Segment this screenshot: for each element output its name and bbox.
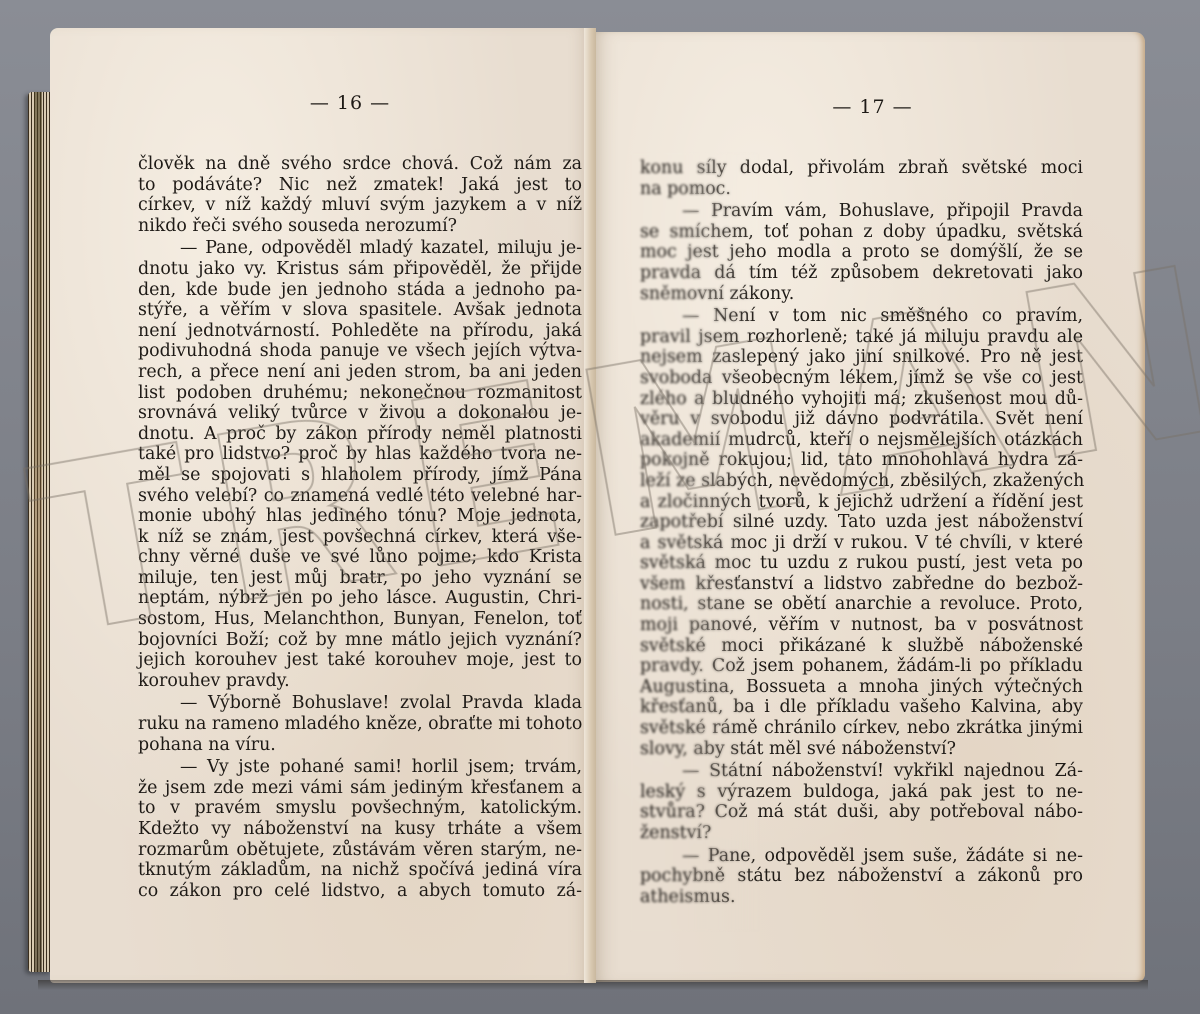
text-line: chny věrné duše ve své lůno pojme; kdo K… (138, 547, 582, 568)
text-line: — Výborně Bohuslave! zvolal Pravda klada (138, 693, 582, 714)
text-line: ruku na rameno mladého kněze, obraťte mi… (138, 714, 582, 735)
text-line: církev, v níž každý mluví svým jazykem a… (138, 195, 582, 216)
text-line: Kdežto vy náboženství na kusy trháte a v… (138, 819, 582, 840)
text-line: to podáváte? Nic než zmatek! Jaká jest t… (138, 175, 582, 196)
text-line: světská moc tu uzdu z rukou pustí, jest … (640, 553, 1083, 574)
text-line: bojovníci Boží; což by mne mátlo jejich … (138, 630, 582, 651)
text-line: slovy, aby stát měl své náboženství? (640, 739, 1083, 760)
text-line: — Pane, odpověděl mladý kazatel, miluju … (138, 238, 582, 259)
text-line: světské rámě chránilo církev, nebo zkrát… (640, 718, 1083, 739)
text-line: podivuhodná shoda panuje ve všech jejích… (138, 341, 582, 362)
text-line: a zločinných tvorů, k jejichž udržení a … (640, 492, 1083, 513)
left-page-text: člověk na dně svého srdce chová. Což nám… (138, 154, 582, 901)
text-line: se smíchem, toť pohan z doby úpadku, svě… (640, 222, 1083, 243)
text-line: jejich korouhev jest také korouhev moje,… (138, 650, 582, 671)
text-line: ženství? (640, 823, 1083, 844)
text-line: stýře, a věřím v slova spasitele. Avšak … (138, 300, 582, 321)
text-line: dnotu jako vy. Kristus sám připověděl, ž… (138, 259, 582, 280)
text-line: pokojně rokujou; lid, tato mnohohlavá hy… (640, 450, 1083, 471)
text-line: list podoben druhému; nekonečnou rozmani… (138, 383, 582, 404)
text-line: svého velebí? co znamená vedlé této vele… (138, 486, 582, 507)
text-line: na pomoc. (640, 179, 1083, 200)
text-line: moc jest jeho modla a proto se domýšlí, … (640, 242, 1083, 263)
text-line: akademií mudrců, kteří o nejsmělejších o… (640, 430, 1083, 451)
text-line: pravda dá tím též způsobem dekretovati j… (640, 263, 1083, 284)
text-line: atheismus. (640, 887, 1083, 908)
text-line: zapotřebí silné uzdy. Tato uzda jest náb… (640, 512, 1083, 533)
left-page: — 16 — člověk na dně svého srdce chová. … (50, 28, 590, 983)
text-line: Augustina, Bossueta a mnoha jiných výteč… (640, 677, 1083, 698)
text-line: rech, a přece není ani jeden strom, ba a… (138, 362, 582, 383)
text-line: není jednotvárností. Pohleděte na přírod… (138, 321, 582, 342)
text-line: k níž se znám, jest povšechná církev, kt… (138, 527, 582, 548)
text-line: — Státní náboženství! vykřikl najednou Z… (640, 761, 1083, 782)
text-line: leský s výrazem buldoga, jaká pak jest t… (640, 782, 1083, 803)
text-line: co zákon pro celé lidstvo, a abych tomut… (138, 881, 582, 902)
text-line: moji panové, věřím v nutnost, ba v posvá… (640, 615, 1083, 636)
text-line: že jsem zde mezi vámi sám jediným křesťa… (138, 778, 582, 799)
text-line: pohana na víru. (138, 735, 582, 756)
text-line: korouhev pravdy. (138, 671, 582, 692)
text-line: věru v svobodu již dávno podvrátila. Svě… (640, 409, 1083, 430)
text-line: pravil jsem rozhorleně; také já miluju p… (640, 327, 1083, 348)
text-line: zlého a bludného vyhojiti má; zkušenost … (640, 389, 1083, 410)
text-line: srovnává veliký tvůrce v živou a dokonal… (138, 403, 582, 424)
text-line: nejsem zaslepený jako jiní snilkové. Pro… (640, 347, 1083, 368)
text-line: monie ubohý hlas jediného tónu? Moje jed… (138, 506, 582, 527)
text-line: konu síly dodal, přivolám zbraň světské … (640, 158, 1083, 179)
text-line: také pro lidstvo? proč by hlas každého t… (138, 444, 582, 465)
text-line: sněmovní zákony. (640, 284, 1083, 305)
text-line: světské moci přikázané k službě nábožens… (640, 636, 1083, 657)
page-edges (28, 92, 52, 972)
text-line: křesťanů, ba i dle příkladu vašeho Kalvi… (640, 697, 1083, 718)
text-line: dnotu. A proč by zákon přírody neměl pla… (138, 424, 582, 445)
text-line: miluje, ten jest můj bratr, po jeho vyzn… (138, 568, 582, 589)
right-page-text: konu síly dodal, přivolám zbraň světské … (640, 158, 1083, 907)
page-number-left: — 16 — (50, 92, 590, 114)
text-line: leží ze slabých, nevědomých, zběsilých, … (640, 471, 1083, 492)
text-line: sostom, Hus, Melanchthon, Bunyan, Fenelo… (138, 609, 582, 630)
text-line: svoboda všeobecným lékem, jímž se vše co… (640, 368, 1083, 389)
page-number-right: — 17 — (590, 96, 1145, 118)
text-line: — Není v tom nic směšného co pravím, (640, 306, 1083, 327)
text-line: rozmarům obětujete, zůstávám věren starý… (138, 840, 582, 861)
text-line: měl se spojovati s hlaholem přírody, jím… (138, 465, 582, 486)
text-line: — Pane, odpověděl jsem suše, žádáte si n… (640, 846, 1083, 867)
book-spread: — 16 — člověk na dně svého srdce chová. … (28, 22, 1152, 994)
text-line: to v pravém smyslu povšechným, katolický… (138, 798, 582, 819)
text-line: všem křesťanství a lidstvo zabředne do b… (640, 574, 1083, 595)
text-line: stvůra? Což má stát duši, aby potřeboval… (640, 802, 1083, 823)
text-line: — Vy jste pohané sami! horlil jsem; trvá… (138, 757, 582, 778)
text-line: pochybně státu bez náboženství a zákonů … (640, 866, 1083, 887)
text-line: — Pravím vám, Bohuslave, připojil Pravda (640, 201, 1083, 222)
text-line: nikdo řeči svého souseda nerozumí? (138, 216, 582, 237)
text-line: člověk na dně svého srdce chová. Což nám… (138, 154, 582, 175)
right-page: — 17 — konu síly dodal, přivolám zbraň s… (590, 32, 1145, 982)
book-gutter (584, 28, 596, 983)
text-line: tknutým základům, na nichž spočívá jedin… (138, 860, 582, 881)
text-line: pravdy. Což jsem pohanem, žádám-li po př… (640, 656, 1083, 677)
text-line: a světská moc ji drží v rukou. V té chví… (640, 533, 1083, 554)
text-line: neptám, nýbrž jen po jeho lásce. Augusti… (138, 588, 582, 609)
text-line: nosti, stane se obětí anarchie a revoluc… (640, 594, 1083, 615)
text-line: den, kde bude jen jednoho stáda a jednoh… (138, 280, 582, 301)
